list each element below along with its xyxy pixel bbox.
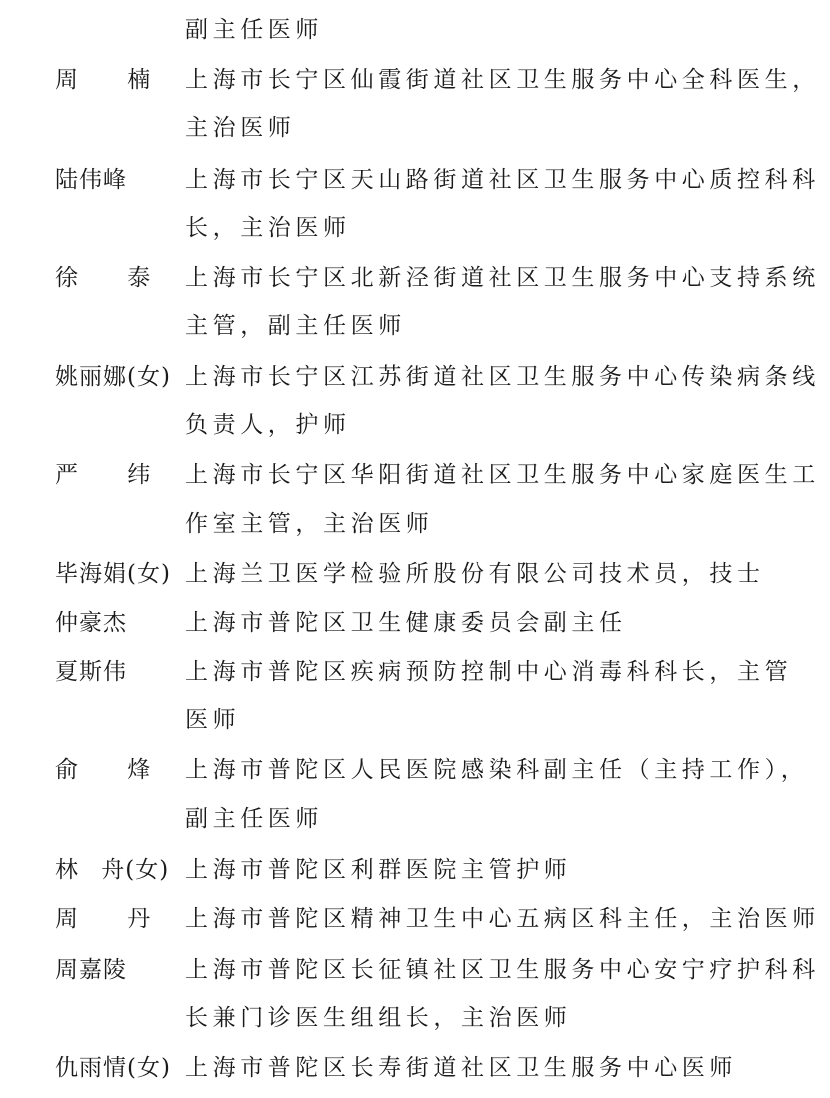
entry-description: 上海市普陀区卫生健康委员会副主任 [185, 599, 627, 648]
entry-name: 毕海娟(女) [55, 550, 171, 599]
text-line: 仇雨情(女) 上海市普陀区长寿街道社区卫生服务中心医师 [0, 1044, 830, 1093]
entry-name: 徐 泰 [55, 254, 151, 303]
text-line: 周 丹 上海市普陀区精神卫生中心五病区科主任，主治医师 [0, 895, 830, 944]
entry-name: 周嘉陵 [55, 946, 127, 995]
entry-description: 长兼门诊医生组组长，主治医师 [185, 994, 571, 1043]
entry-description: 上海市长宁区仙霞街道社区卫生服务中心全科医生， [185, 56, 820, 105]
entry-description: 上海市长宁区华阳街道社区卫生服务中心家庭医生工 [185, 451, 820, 500]
text-line: 主管，副主任医师 [0, 302, 830, 351]
entry-description: 上海市长宁区北新泾街道社区卫生服务中心支持系统 [185, 254, 820, 303]
text-line: 周嘉陵 上海市普陀区长征镇社区卫生服务中心安宁疗护科科 [0, 946, 830, 995]
entry-description: 上海市普陀区人民医院感染科副主任（主持工作）， [185, 746, 808, 795]
entry-name: 夏斯伟 [55, 648, 127, 697]
entry-description: 上海市长宁区天山路街道社区卫生服务中心质控科科 [185, 156, 820, 205]
entry-name: 仇雨情(女) [55, 1044, 171, 1093]
entry-description: 上海市长宁区江苏街道社区卫生服务中心传染病条线 [185, 353, 820, 402]
text-line: 负责人，护师 [0, 401, 830, 450]
text-line: 副主任医师 [0, 6, 830, 55]
entry-name: 仲豪杰 [55, 599, 127, 648]
entry-name: 林 舟(女) [55, 846, 169, 895]
entry-name: 周 楠 [55, 56, 151, 105]
entry-description: 长，主治医师 [185, 204, 351, 253]
entry-description: 上海市普陀区疾病预防控制中心消毒科科长，主管 [185, 648, 792, 697]
entry-description: 负责人，护师 [185, 401, 351, 450]
text-line: 陆伟峰 上海市长宁区天山路街道社区卫生服务中心质控科科 [0, 156, 830, 205]
text-line: 长兼门诊医生组组长，主治医师 [0, 994, 830, 1043]
text-line: 周 楠 上海市长宁区仙霞街道社区卫生服务中心全科医生， [0, 56, 830, 105]
entry-name: 姚丽娜(女) [55, 353, 171, 402]
entry-description: 上海市普陀区利群医院主管护师 [185, 846, 571, 895]
entry-description: 医师 [185, 696, 240, 745]
entry-name: 周 丹 [55, 895, 151, 944]
text-line: 作室主管，主治医师 [0, 500, 830, 549]
entry-description: 上海市普陀区长寿街道社区卫生服务中心医师 [185, 1044, 737, 1093]
entry-description: 上海兰卫医学检验所股份有限公司技术员，技士 [185, 550, 765, 599]
text-line: 长，主治医师 [0, 204, 830, 253]
entry-description: 主治医师 [185, 104, 295, 153]
entry-description: 副主任医师 [185, 795, 323, 844]
entry-description: 上海市普陀区精神卫生中心五病区科主任，主治医师 [185, 895, 820, 944]
entry-description: 作室主管，主治医师 [185, 500, 433, 549]
text-line: 严 纬 上海市长宁区华阳街道社区卫生服务中心家庭医生工 [0, 451, 830, 500]
entry-description: 副主任医师 [185, 6, 323, 55]
text-line: 主治医师 [0, 104, 830, 153]
text-line: 夏斯伟 上海市普陀区疾病预防控制中心消毒科科长，主管 [0, 648, 830, 697]
text-line: 徐 泰 上海市长宁区北新泾街道社区卫生服务中心支持系统 [0, 254, 830, 303]
entry-name: 俞 烽 [55, 746, 151, 795]
text-line: 林 舟(女) 上海市普陀区利群医院主管护师 [0, 846, 830, 895]
entry-description: 上海市普陀区长征镇社区卫生服务中心安宁疗护科科 [185, 946, 820, 995]
text-line: 医师 [0, 696, 830, 745]
entry-name: 陆伟峰 [55, 156, 127, 205]
text-line: 毕海娟(女) 上海兰卫医学检验所股份有限公司技术员，技士 [0, 550, 830, 599]
entry-description: 主管，副主任医师 [185, 302, 406, 351]
text-line: 姚丽娜(女) 上海市长宁区江苏街道社区卫生服务中心传染病条线 [0, 353, 830, 402]
text-line: 副主任医师 [0, 795, 830, 844]
text-line: 仲豪杰 上海市普陀区卫生健康委员会副主任 [0, 599, 830, 648]
entry-name: 严 纬 [55, 451, 151, 500]
text-line: 俞 烽 上海市普陀区人民医院感染科副主任（主持工作）， [0, 746, 830, 795]
